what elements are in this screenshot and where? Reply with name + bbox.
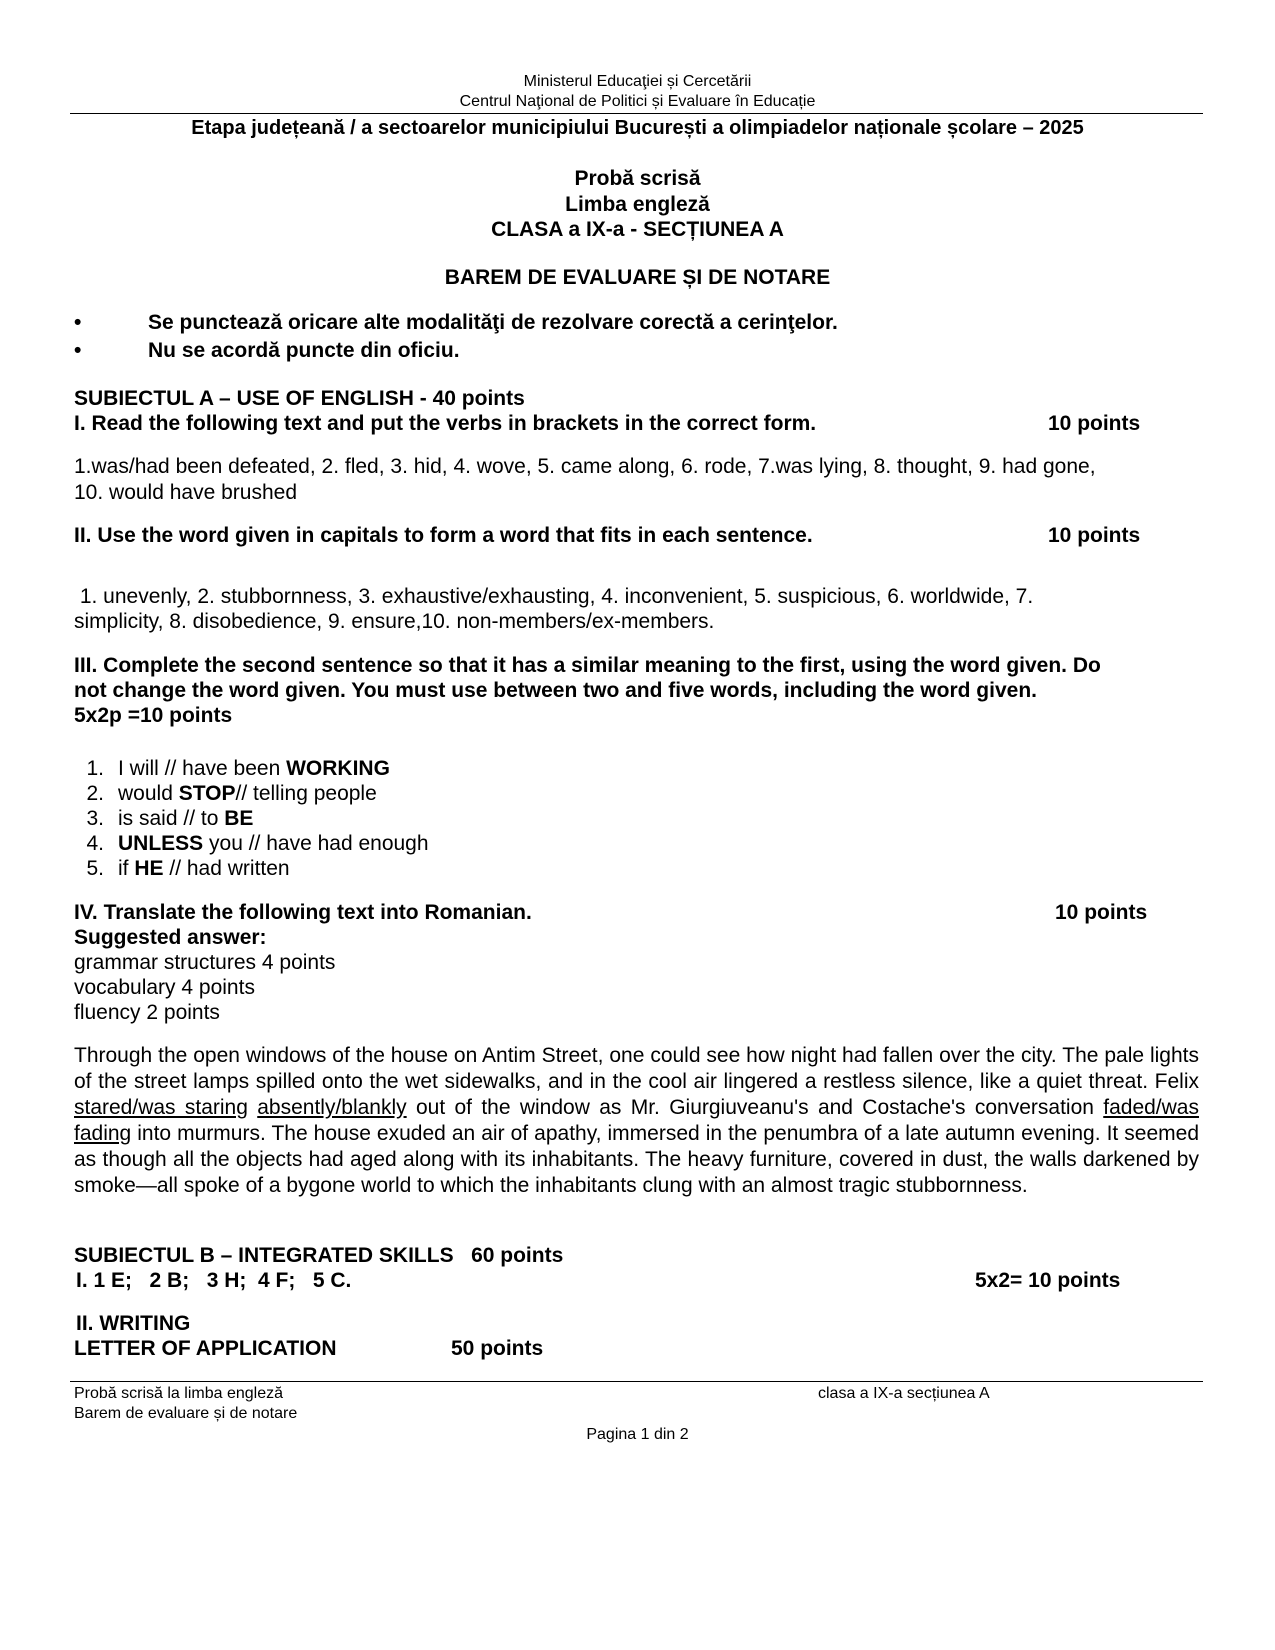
underlined-answer: stared/was staring (74, 1096, 248, 1119)
criteria-fluency: fluency 2 points (74, 1001, 220, 1025)
exam-type: Probă scrisă (0, 167, 1275, 191)
answer-text: would (118, 782, 179, 805)
list-text: is said // to BE (118, 807, 253, 831)
exercise-1-answers-line2: 10. would have brushed (74, 481, 297, 505)
answer-text: // had written (164, 857, 290, 880)
exercise-2-answers-line1: 1. unevenly, 2. stubbornness, 3. exhaust… (74, 585, 1033, 609)
answer-text: you // have had enough (203, 832, 428, 855)
exercise-1-points: 10 points (1048, 412, 1140, 436)
class-section: CLASA a IX-a - SECȚIUNEA A (0, 218, 1275, 242)
key-word: WORKING (286, 757, 390, 780)
exercise-2-answers-line2: simplicity, 8. disobedience, 9. ensure,1… (74, 610, 714, 634)
list-number: 2. (80, 782, 104, 806)
underlined-answer: absently/blankly (257, 1096, 406, 1119)
key-word: BE (224, 807, 253, 830)
list-text: UNLESS you // have had enough (118, 832, 429, 856)
footer-left-line1: Probă scrisă la limba engleză (74, 1384, 283, 1404)
note-item: Se punctează oricare alte modalităţi de … (148, 311, 838, 335)
list-text: would STOP// telling people (118, 782, 377, 806)
answer-text: is said // to (118, 807, 224, 830)
text-segment: into murmurs. The house exuded an air of… (74, 1122, 1199, 1197)
key-word: STOP (179, 782, 236, 805)
footer-left-line2: Barem de evaluare și de notare (74, 1404, 297, 1424)
key-word: HE (134, 857, 163, 880)
exercise-3-title-line1: III. Complete the second sentence so tha… (74, 654, 1101, 678)
translation-text: Through the open windows of the house on… (74, 1043, 1199, 1199)
header-stage: Etapa județeană / a sectoarelor municipi… (0, 117, 1275, 140)
text-segment (248, 1096, 257, 1119)
answer-text: if (118, 857, 134, 880)
document-title: BAREM DE EVALUARE ȘI DE NOTARE (0, 266, 1275, 290)
bullet-icon: • (74, 311, 81, 335)
writing-task: LETTER OF APPLICATION (74, 1337, 337, 1361)
header-divider (70, 113, 1203, 114)
subject-b-ex1-answers: I. 1 E; 2 B; 3 H; 4 F; 5 C. (76, 1269, 351, 1293)
writing-title: II. WRITING (76, 1312, 190, 1336)
exercise-4-title: IV. Translate the following text into Ro… (74, 901, 532, 925)
list-text: if HE // had written (118, 857, 290, 881)
text-segment: out of the window as Mr. Giurgiuveanu's … (407, 1096, 1104, 1119)
exercise-2-title: II. Use the word given in capitals to fo… (74, 524, 813, 548)
subject-b-ex1-points: 5x2= 10 points (975, 1269, 1120, 1293)
header-ministry: Ministerul Educaţiei și Cercetării (0, 72, 1275, 91)
exam-subject: Limba engleză (0, 193, 1275, 217)
writing-points: 50 points (451, 1337, 543, 1361)
list-number: 5. (80, 857, 104, 881)
key-word: UNLESS (118, 832, 203, 855)
subject-a-title: SUBIECTUL A – USE OF ENGLISH - 40 points (74, 387, 525, 411)
bullet-icon: • (74, 339, 81, 363)
exercise-1-title: I. Read the following text and put the v… (74, 412, 816, 436)
list-number: 3. (80, 807, 104, 831)
note-item: Nu se acordă puncte din oficiu. (148, 339, 460, 363)
list-number: 1. (80, 757, 104, 781)
exercise-2-points: 10 points (1048, 524, 1140, 548)
answer-text: // telling people (236, 782, 377, 805)
header-center: Centrul Naţional de Politici și Evaluare… (0, 92, 1275, 111)
criteria-vocabulary: vocabulary 4 points (74, 976, 255, 1000)
suggested-answer-label: Suggested answer: (74, 926, 267, 950)
exercise-1-answers-line1: 1.was/had been defeated, 2. fled, 3. hid… (74, 455, 1096, 479)
answer-text: I will // have been (118, 757, 286, 780)
text-segment: Through the open windows of the house on… (74, 1044, 1199, 1093)
subject-b-title: SUBIECTUL B – INTEGRATED SKILLS 60 point… (74, 1244, 563, 1268)
exercise-3-points: 5x2p =10 points (74, 704, 232, 728)
criteria-grammar: grammar structures 4 points (74, 951, 335, 975)
page-number: Pagina 1 din 2 (0, 1425, 1275, 1445)
exercise-4-points: 10 points (1055, 901, 1147, 925)
exercise-3-title-line2: not change the word given. You must use … (74, 679, 1037, 703)
footer-right: clasa a IX-a secțiunea A (818, 1384, 990, 1404)
list-text: I will // have been WORKING (118, 757, 390, 781)
footer-divider (70, 1381, 1203, 1382)
list-number: 4. (80, 832, 104, 856)
